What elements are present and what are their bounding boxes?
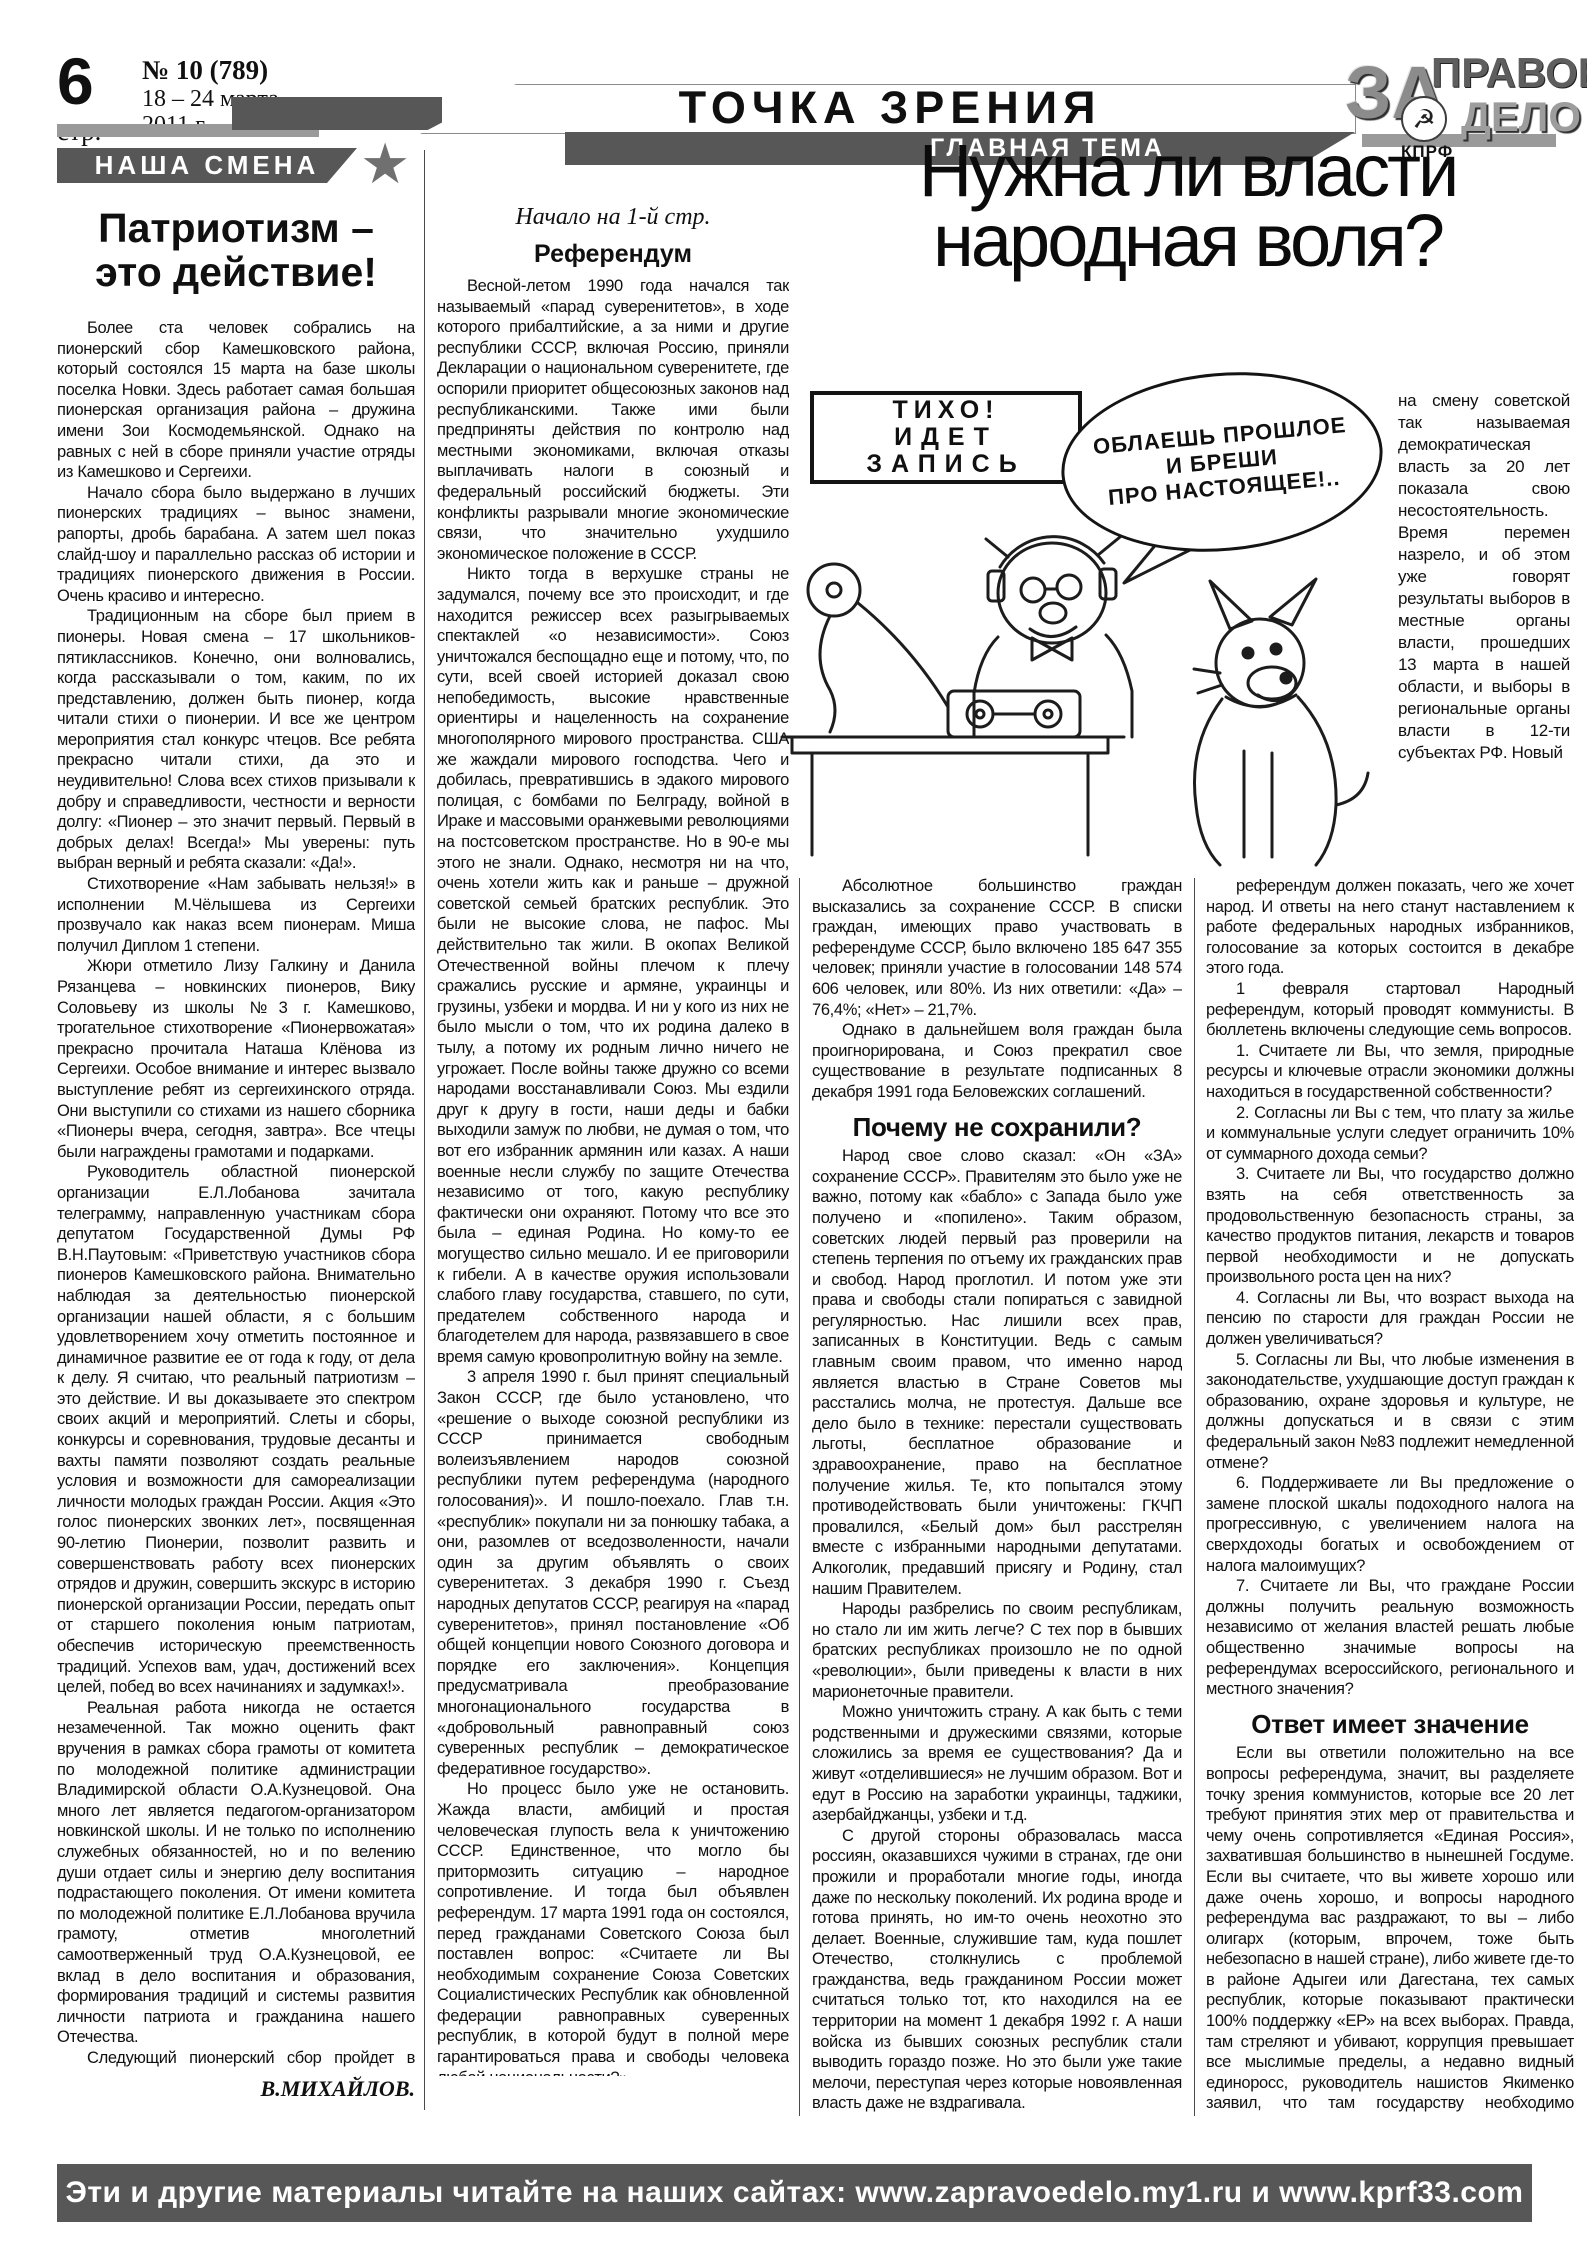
section-heading: Ответ имеет значение xyxy=(1206,1710,1574,1739)
continuation-note: Начало на 1-й стр. xyxy=(437,204,789,231)
column-divider xyxy=(799,878,800,2116)
paragraph: Однако в дальнейшем воля граждан была пр… xyxy=(812,1020,1182,1102)
sign-line: ТИХО! xyxy=(820,397,1072,424)
paragraph: Начало сбора было выдержано в лучших пио… xyxy=(57,483,415,607)
newspaper-page: 6 стр. № 10 (789) 18 – 24 марта 2011 г. … xyxy=(0,0,1587,2260)
footer-banner: Эти и другие материалы читайте на наших … xyxy=(57,2164,1532,2222)
title-line: Патриотизм – xyxy=(57,206,415,250)
question-item: 4. Согласны ли Вы, что возраст выхода на… xyxy=(1206,1288,1574,1350)
side-column: на смену советской так называемая демокр… xyxy=(1398,390,1570,866)
page-number: 6 xyxy=(57,48,94,114)
issue-number: № 10 (789) xyxy=(142,56,268,84)
question-item: 6. Поддерживаете ли Вы предложение о зам… xyxy=(1206,1473,1574,1576)
logo-word-pravoe: ПРАВОЕ xyxy=(1431,52,1587,94)
question-list: 1. Считаете ли Вы, что земля, природные … xyxy=(1206,1041,1574,1700)
headline-line: Нужна ли власти xyxy=(800,136,1575,206)
paragraph: 3 апреля 1990 г. был принят специальный … xyxy=(437,1367,789,1779)
sign-line: ИДЕТ ЗАПИСЬ xyxy=(820,424,1072,478)
paragraph: Народы разбрелись по своим республикам, … xyxy=(812,1599,1182,1702)
paragraph: Традиционным на сборе был прием в пионер… xyxy=(57,606,415,874)
logo-word-delo: ДЕЛО xyxy=(1461,96,1581,138)
paragraph: Реальная работа никогда не остается неза… xyxy=(57,1698,415,2048)
header-dark-block xyxy=(232,97,442,130)
paragraph: Более ста человек собрались на пионерски… xyxy=(57,318,415,483)
main-column-a: Абсолютное большинство граждан высказали… xyxy=(812,876,1182,2116)
paragraph: Но процесс было уже не остановить. Жажда… xyxy=(437,1779,789,2076)
section-heading: Почему не сохранили? xyxy=(812,1113,1182,1142)
cartoon-sign: ТИХО! ИДЕТ ЗАПИСЬ xyxy=(810,391,1082,484)
paragraph: Народ свое слово сказал: «Он «ЗА» сохран… xyxy=(812,1146,1182,1599)
left-article-body: Более ста человек собрались на пионерски… xyxy=(57,318,415,2070)
left-article-signature: В.МИХАЙЛОВ. xyxy=(57,2076,415,2102)
paragraph: Весной-летом 1990 года начался так назыв… xyxy=(437,276,789,564)
referendum-heading: Референдум xyxy=(437,240,789,269)
paragraph: Следующий пионерский сбор пройдет в горо… xyxy=(57,2048,415,2070)
paragraph-list: Весной-летом 1990 года начался так назыв… xyxy=(437,276,789,2076)
paragraph: Если вы ответили положительно на все воп… xyxy=(1206,1743,1574,2116)
rubric-banner: НАША СМЕНА xyxy=(57,148,357,183)
star-icon: ★ xyxy=(360,136,410,192)
paragraph: Можно уничтожить страну. А как быть с те… xyxy=(812,1702,1182,1826)
paragraph: Абсолютное большинство граждан высказали… xyxy=(812,876,1182,1020)
referendum-article-body: Весной-летом 1990 года начался так назыв… xyxy=(437,276,789,2076)
question-item: 1. Считаете ли Вы, что земля, природные … xyxy=(1206,1041,1574,1103)
question-item: 5. Согласны ли Вы, что любые изменения в… xyxy=(1206,1350,1574,1474)
paragraph-list: Абсолютное большинство граждан высказали… xyxy=(812,876,1182,1103)
paragraph-list: Если вы ответили положительно на все воп… xyxy=(1206,1743,1574,2116)
column-divider xyxy=(424,150,425,2110)
paragraph: референдум должен показать, чего же хоче… xyxy=(1206,876,1574,979)
paragraph-list: Более ста человек собрались на пионерски… xyxy=(57,318,415,2070)
paragraph: Жюри отметило Лизу Галкину и Данила Ряза… xyxy=(57,956,415,1162)
paragraph: Никто тогда в верхушке страны не задумал… xyxy=(437,564,789,1367)
column-divider xyxy=(1194,878,1195,2116)
left-article-title: Патриотизм – это действие! xyxy=(57,206,415,295)
section-banner-label: ТОЧКА ЗРЕНИЯ xyxy=(430,84,1350,132)
question-item: 2. Согласны ли Вы с тем, что плату за жи… xyxy=(1206,1103,1574,1165)
paragraph: 1 февраля стартовал Народный референдум,… xyxy=(1206,979,1574,1041)
question-item: 3. Считаете ли Вы, что государство должн… xyxy=(1206,1164,1574,1288)
paragraph: Стихотворение «Нам забывать нельзя!» в и… xyxy=(57,874,415,956)
paragraph-list: референдум должен показать, чего же хоче… xyxy=(1206,876,1574,1041)
cartoon: ТИХО! ИДЕТ ЗАПИСЬ ОБЛАЕШЬ ПРОШЛОЕ И БРЕШ… xyxy=(752,385,1387,867)
main-headline: Нужна ли власти народная воля? xyxy=(800,136,1575,275)
question-item: 7. Считаете ли Вы, что граждане России д… xyxy=(1206,1576,1574,1700)
headline-line: народная воля? xyxy=(800,206,1575,276)
paragraph-list: Народ свое слово сказал: «Он «ЗА» сохран… xyxy=(812,1146,1182,2114)
title-line: это действие! xyxy=(57,250,415,294)
main-column-b: референдум должен показать, чего же хоче… xyxy=(1206,876,1574,2116)
paragraph: Руководитель областной пионерской органи… xyxy=(57,1162,415,1697)
paragraph: С другой стороны образовалась масса росс… xyxy=(812,1826,1182,2114)
